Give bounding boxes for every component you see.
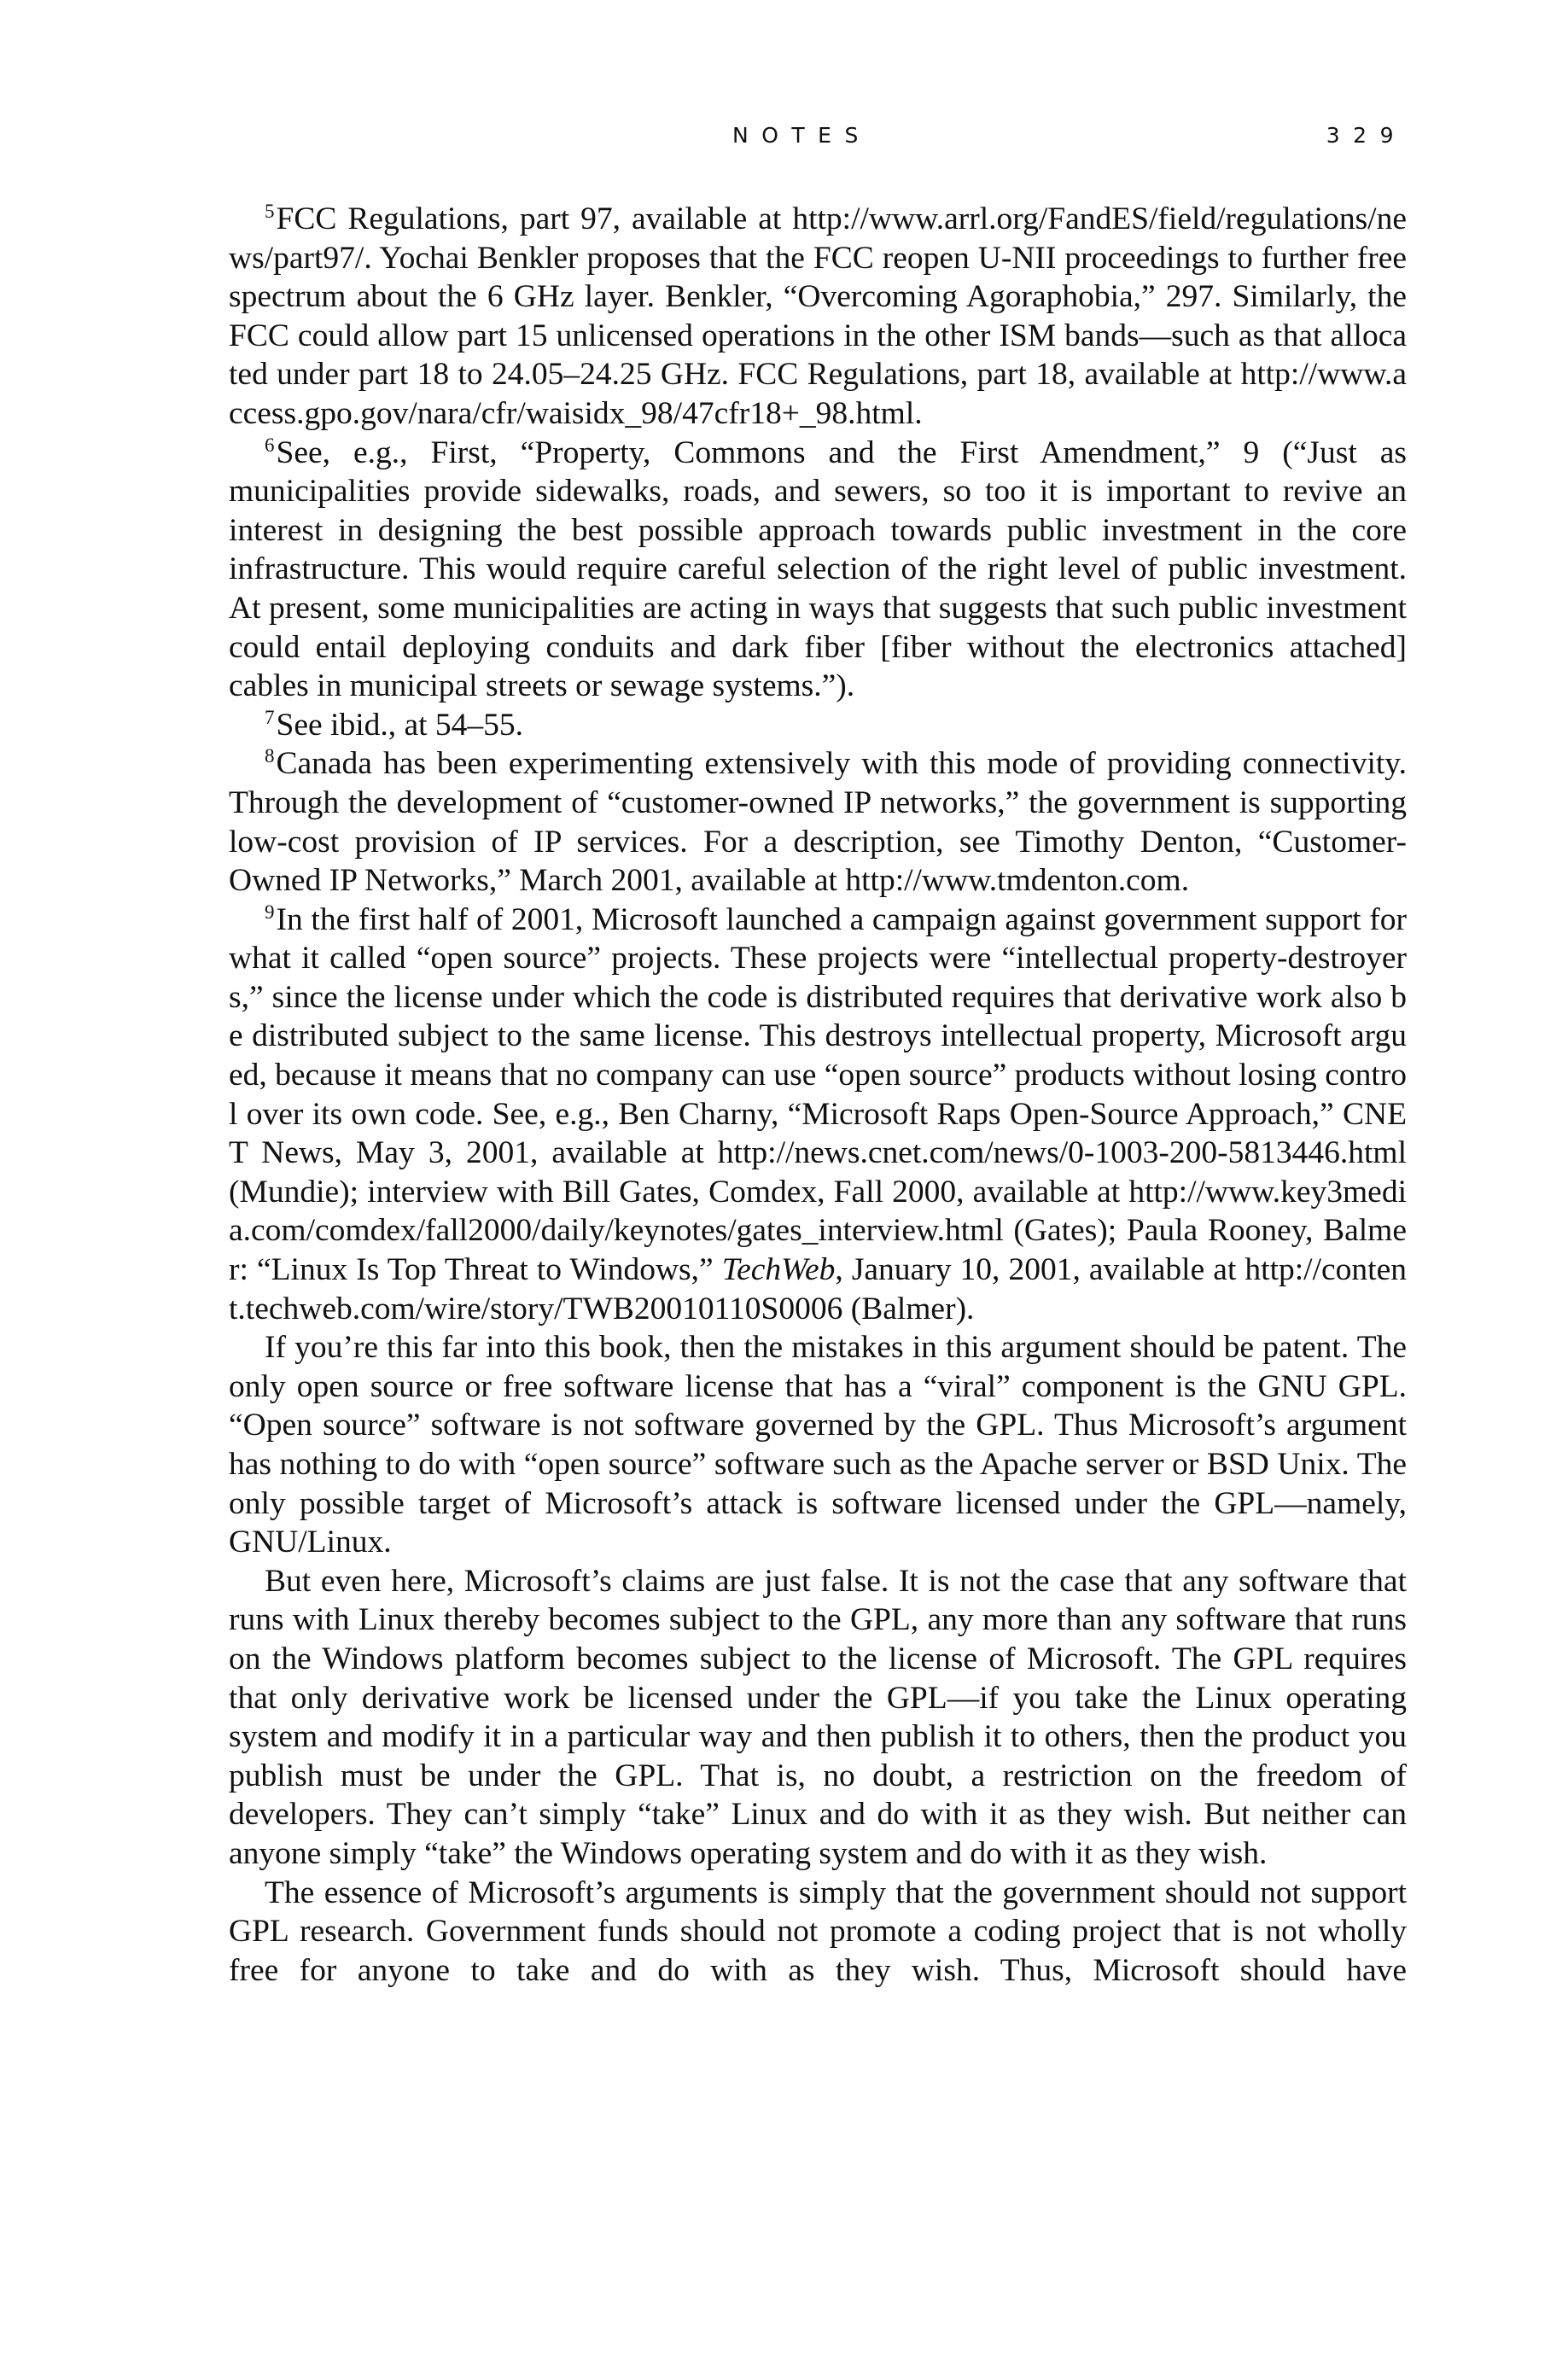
footnote-text: In the first half of 2001, Microsoft lau… <box>229 902 1407 1287</box>
section-title: NOTES <box>732 123 871 148</box>
footnote-text: See, e.g., First, “Property, Commons and… <box>229 435 1407 704</box>
footnote-number: 5 <box>265 201 275 222</box>
body-paragraph: The essence of Microsoft’s arguments is … <box>229 1874 1407 1991</box>
footnote-number: 8 <box>265 745 275 767</box>
book-page: NOTES 329 5FCC Regulations, part 97, ava… <box>0 0 1568 2373</box>
footnote-8: 8Canada has been experimenting extensive… <box>229 744 1407 900</box>
footnote-text: Canada has been experimenting extensivel… <box>229 746 1407 898</box>
footnote-text: FCC Regulations, part 97, available at h… <box>229 201 1407 431</box>
footnote-5: 5FCC Regulations, part 97, available at … <box>229 200 1407 434</box>
footnote-number: 6 <box>265 434 275 456</box>
body-paragraph: But even here, Microsoft’s claims are ju… <box>229 1562 1407 1874</box>
page-number: 329 <box>1326 123 1407 148</box>
page-body: 5FCC Regulations, part 97, available at … <box>229 200 1407 1990</box>
footnote-text: See ibid., at 54–55. <box>277 708 524 743</box>
footnote-7: 7See ibid., at 54–55. <box>229 706 1407 745</box>
footnote-6: 6See, e.g., First, “Property, Commons an… <box>229 434 1407 706</box>
running-head: NOTES 329 <box>229 123 1407 157</box>
footnote-9: 9In the first half of 2001, Microsoft la… <box>229 901 1407 1329</box>
publication-title: TechWeb <box>722 1252 836 1287</box>
footnote-number: 9 <box>265 901 275 923</box>
footnote-number: 7 <box>265 707 275 728</box>
body-paragraph: If you’re this far into this book, then … <box>229 1328 1407 1562</box>
